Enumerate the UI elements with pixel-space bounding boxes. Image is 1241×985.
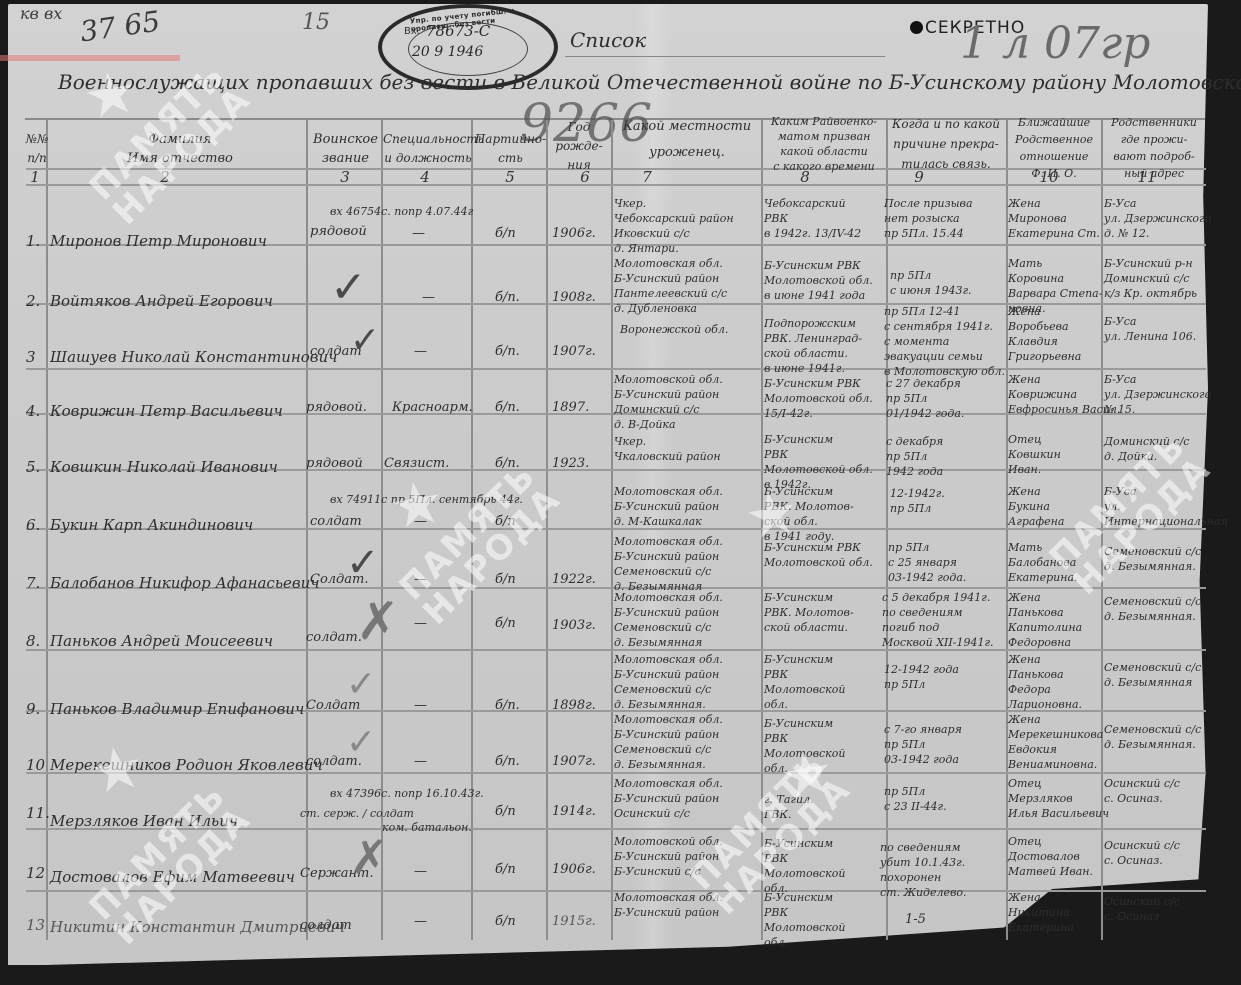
colnum-10: 10 [1034,168,1064,186]
row-lost-contact: по сведениям убит 10.1.43г. похоронен ст… [880,840,967,900]
check-mark-icon: ✓ [350,320,380,361]
row-year: 1903г. [552,618,596,633]
header-number: №№ п/п [24,130,50,168]
header-birth-year: Год рожде- ния [548,118,610,175]
row-drafted: Б-Усинским РВК Молотовской обл. 15/I-42г… [764,376,873,421]
row-relative: Жена Букина Аграфена [1008,484,1064,529]
row-number: 4. [26,402,40,420]
colnum-7: 7 [632,168,662,186]
row-name: Мерекешников Родион Яковлевич [50,756,323,774]
title-underline [565,56,885,57]
row-drafted: Б-Усинским РВК. Молотов- ской обл. в 194… [764,484,854,544]
row-party: б/п [495,862,516,877]
row-birthplace: Чкер. Чкаловский район [614,434,721,464]
stamp-bx-label: Вх. [404,26,420,37]
row-address: Доминский с/с д. Дойка. [1104,434,1189,464]
row-rank: рядовой [306,456,363,471]
row-specialty: — [412,226,425,241]
document-heading: Военнослужащих пропавших без вести в Вел… [58,70,1218,94]
row-year: 1898г. [552,698,596,713]
row-rank: рядовой. [306,400,367,415]
row-address: Осинский с/с с. Осиназ. [1104,838,1180,868]
check-mark-icon: ✓ [346,540,380,586]
row-number: 5. [26,458,40,476]
row-birthplace: Молотовская обл. Б-Усинский район Семено… [614,534,723,594]
row-number: 8. [26,632,40,650]
archive-red-mark [0,55,180,61]
row-birthplace: Молотовской обл. Б-Усинский район Доминс… [614,372,723,432]
row-party: б/п. [495,290,520,305]
colnum-9: 9 [904,168,934,186]
row-number: 7. [26,574,40,592]
row-relative: Жена Панькова Капитолина Федоровна [1008,590,1082,650]
row-year: 1908г. [552,290,596,305]
row-lost-contact: 1-5 [905,912,926,927]
row-birthplace: Молотовская обл. Б-Усинский район Семено… [614,652,723,712]
header-rank: Воинское звание [308,130,383,168]
row-birthplace: Чкер. Чебоксарский район Иковский с/с д.… [614,196,734,256]
page-number: 15 [302,10,330,35]
row-relative: Отец Мерзляков Илья Васильевич [1008,776,1109,821]
colnum-6: 6 [570,168,600,186]
cross-mark-icon: ✗ [356,592,400,652]
row-address: Осинский с/с с. Осиназ. [1104,776,1180,806]
row-lost-contact: пр 5Пл с 25 января 03-1942 года. [888,540,966,585]
row-year: 1906г. [552,226,596,241]
row-party: б/п. [495,754,520,769]
row-lost-contact: с декабря пр 5Пл 1942 года [886,434,943,479]
colnum-4: 4 [410,168,440,186]
row-number: 6. [26,516,40,534]
row-lost-contact: После призыва нет розыска пр 5Пл. 15.44 [884,196,973,241]
row-rank: солдат [300,918,352,933]
row-drafted: Б-Усинским РВК. Молотов- ской области. [764,590,854,635]
row-relative: Отец Достовалов Матвей Иван. [1008,834,1093,879]
check-mark-icon: ✓ [330,262,367,313]
list-label: Список [570,28,646,52]
row-name: Войтяков Андрей Егорович [50,292,273,310]
row-drafted: г. Тагил. ГВК. [764,792,814,822]
row-relative: Жена Мерекешникова Евдокия Вениаминовна. [1008,712,1103,772]
row-lost-contact: 12-1942г. пр 5Пл [890,486,945,516]
row-address: Осинский с/с с. Осиназ [1104,894,1180,924]
row-lost-contact: с 27 декабря пр 5Пл 01/1942 года. [886,376,964,421]
row-year: 1907г. [552,754,596,769]
row-birthplace: Молотовская обл. Б-Усинский район Семено… [614,590,723,650]
row-relative: Мать Балобанова Екатерина. [1008,540,1078,585]
row-birthplace: Молотовская обл. Б-Усинский район [614,890,723,920]
row-specialty: — [422,290,435,305]
row-lost-contact: пр 5Пл 12-41 с сентября 1941г. с момента… [884,304,1005,379]
row-address: Б-Уса ул. Ленина 106. [1104,314,1196,344]
colnum-3: 3 [330,168,360,186]
row-year: 1915г. [552,914,596,929]
header-name: Фамилия Имя отчество [55,130,305,168]
stamp-date: 20 9 1946 [412,44,483,60]
row-party: б/п. [495,698,520,713]
row-specialty: — [414,572,427,587]
colnum-5: 5 [495,168,525,186]
row-party: б/п. [495,456,520,471]
row-number: 12 [26,864,45,882]
row-party: б/п. [495,400,520,415]
row-party: б/п. [495,344,520,359]
row-year: 1923. [552,456,589,471]
colnum-2: 2 [150,168,180,186]
stamp-incoming-number: 78673-С [426,22,490,40]
row-address: Семеновский с/с д. Безымянная. [1104,722,1201,752]
row-year: 1914г. [552,804,596,819]
row-birthplace: Молотовская обл. Б-Усинский район Пантел… [614,256,727,316]
row-drafted: Чебоксарский РВК в 1942г. 13/IV-42 [764,196,861,241]
row-name: Мерзляков Иван Ильич [50,812,238,830]
row-address: Семеновский с/с д. Безымянная [1104,660,1201,690]
row-birthplace: Молотовская обл. Б-Усинский район д. М-К… [614,484,723,529]
archive-prefix: кв вх [20,4,62,23]
row-drafted: Б-Усинским РВК Молотовской обл. [764,836,845,896]
row-year: 1907г. [552,344,596,359]
row-name: Букин Карп Акиндинович [50,516,253,534]
pencil-mark: 1 л 07гр [960,18,1150,69]
colnum-1: 1 [20,168,50,186]
row-year: 1906г. [552,862,596,877]
row-year: 1897. [552,400,589,415]
header-birthplace: Какой местности уроженец. [612,114,762,166]
row-relative: Жена Воробьева Клавдия Григорьевна [1008,304,1081,364]
row-drafted: Б-Усинским РВК Молотовской обл. [764,890,845,950]
row-name: Балобанов Никифор Афанасьевич [50,574,320,592]
row-address: Б-Уса ул. Интернациональная [1104,484,1241,529]
row-drafted: Б-Усинским РВК Молотовской обл. в июне 1… [764,258,873,303]
row-note: вх 46754с. попр 4.07.44г [330,204,473,219]
row-party: б/п [495,616,516,631]
row-name: Коврижин Петр Васильевич [50,402,283,420]
row-birthplace: Молотовская обл. Б-Усинский район Осинск… [614,776,723,821]
row-name: Ковшкин Николай Иванович [50,458,278,476]
row-note: вх 74911с пр 5Пл. сентябрь 44г. [330,492,523,507]
row-address: Б-Уса ул. Дзержинского д. № 12. [1104,196,1211,241]
row-drafted: Б-Усинским РВК Молотовской обл. в 1942г. [764,432,873,492]
row-name: Шашуев Николай Константинович [50,348,337,366]
row-relative: Жена Никитина Екатерина [1008,890,1074,935]
row-drafted: Б-Усинским РВК Молотовской обл. [764,652,845,712]
row-relative: Жена Панькова Федора Ларионовна. [1008,652,1082,712]
row-specialty: — [414,616,427,631]
torn-bottom-edge [0,965,1241,985]
row-number: 1. [26,232,40,250]
row-name: Достовалов Ефим Матвеевич [50,868,295,886]
row-party: б/п [495,804,516,819]
row-rank: рядовой [310,224,367,239]
row-address: Семеновский с/с д. Безымянная. [1104,594,1201,624]
row-rank: солдат [310,514,362,529]
colnum-8: 8 [790,168,820,186]
header-specialty: Специальность и должность [383,130,473,168]
row-rank: ст. серж. / солдат [300,806,414,821]
row-specialty: Красноарм. [392,400,473,415]
row-specialty: — [414,914,427,929]
row-address: Б-Усинский р-н Доминский с/с к/з Кр. окт… [1104,256,1197,301]
row-relative: Жена Миронова Екатерина Ст. [1008,196,1100,241]
row-birthplace: Молотовская обл. Б-Усинский район Семено… [614,712,723,772]
row-lost-contact: с 5 декабря 1941г. по сведениям погиб по… [882,590,994,650]
row-specialty: — [414,514,427,529]
row-lost-contact: пр 5Пл с 23 II-44г. [884,784,947,814]
row-specialty: — [414,754,427,769]
row-rank: солдат. [306,630,362,645]
row-name: Миронов Петр Миронович [50,232,267,250]
row-address: Б-Уса ул. Дзержинского № 15. [1104,372,1211,417]
row-lost-contact: пр 5Пл с июня 1943г. [890,268,972,298]
header-drafted: Каким Райвоенко- матом призван какой обл… [762,114,886,174]
row-number: 13 [26,916,45,934]
row-number: 9. [26,700,40,718]
colnum-11: 11 [1132,168,1162,186]
row-party: б/п [495,572,516,587]
row-specialty: — [414,864,427,879]
header-lost-contact: Когда и по какой причине прекра- тилась … [886,114,1006,174]
row-drafted: Подпорожским РВК. Ленинград- ской област… [764,316,862,376]
row-specialty: Связист. [384,456,449,471]
row-drafted: Б-Усинским РВК Молотовской обл. [764,540,873,570]
row-name: Паньков Владимир Епифанович [50,700,304,718]
row-party: б/п [495,514,516,529]
row-number: 3 [26,348,36,366]
header-party: Партийно- сть [473,130,548,168]
row-note: вх 47396с. попр 16.10.43г. [330,786,484,801]
row-specialty: — [414,698,427,713]
row-specialty: — [414,344,427,359]
row-number: 11. [26,804,50,822]
row-number: 2. [26,292,40,310]
row-number: 10 [26,756,45,774]
check-mark-icon: ✓ [346,664,376,705]
row-birthplace: Воронежской обл. [620,322,728,337]
row-party: б/п [495,914,516,929]
check-mark-icon: ✓ [346,722,376,763]
row-specialty: ком. батальон. [382,820,472,835]
row-year: 1922г. [552,572,596,587]
row-birthplace: Молотовской обл. Б-Усинский район Б-Усин… [614,834,723,879]
cross-mark-icon: ✗ [350,830,389,884]
row-relative: Отец Ковшкин Иван. [1008,432,1061,477]
row-address: Семеновский с/с д. Безымянная. [1104,544,1201,574]
row-name: Паньков Андрей Моисеевич [50,632,273,650]
row-party: б/п [495,226,516,241]
row-lost-contact: 12-1942 года пр 5Пл [884,662,959,692]
row-lost-contact: с 7-го января пр 5Пл 03-1942 года [884,722,962,767]
row-drafted: Б-Усинским РВК Молотовской обл. [764,716,845,776]
